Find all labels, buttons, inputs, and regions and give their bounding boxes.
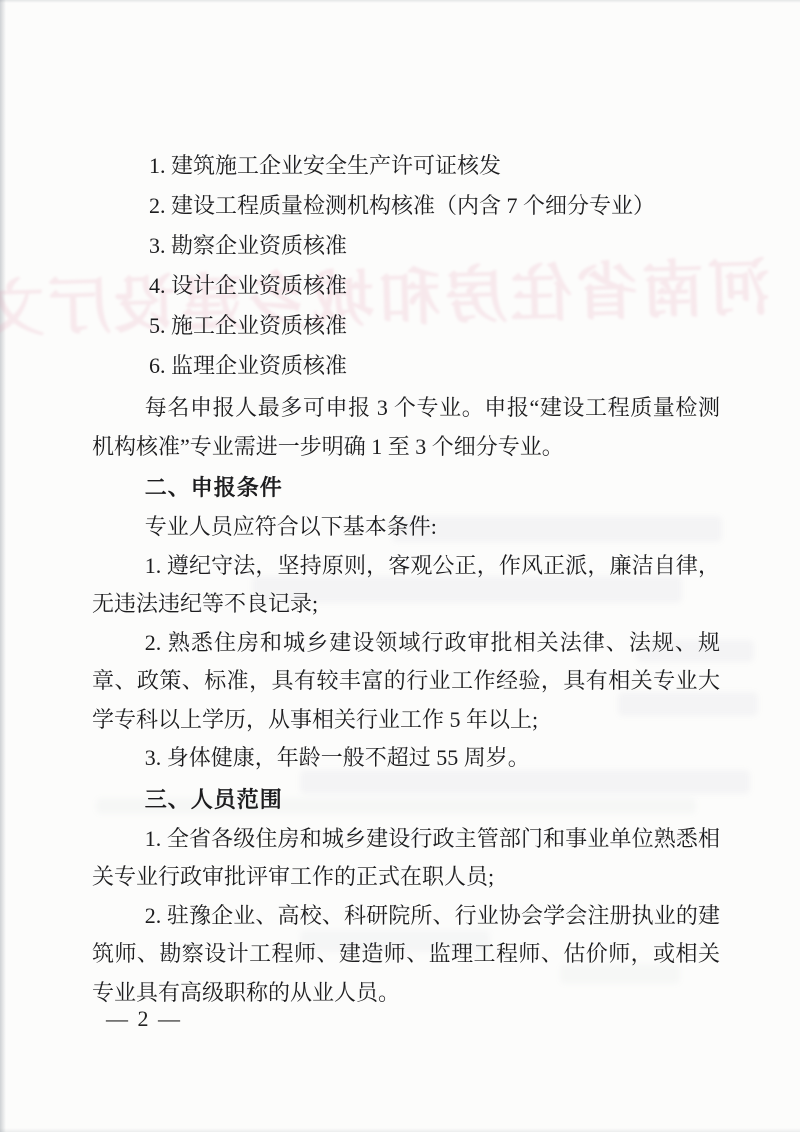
scanned-document-page: 河南省住房和城乡建设厅文件 1. 建筑施工企业安全生产许可证核发 2. 建设工程… bbox=[0, 0, 800, 1132]
document-body: 1. 建筑施工企业安全生产许可证核发 2. 建设工程质量检测机构核准（内含 7 … bbox=[92, 146, 720, 1012]
condition-item: 1. 遵纪守法，坚持原则，客观公正，作风正派，廉洁自律，无违法违纪等不良记录; bbox=[92, 547, 720, 624]
approval-list-item: 4. 设计企业资质核准 bbox=[92, 266, 720, 306]
section-heading-conditions: 二、申报条件 bbox=[92, 468, 720, 508]
scan-edge-shadow-bottom bbox=[0, 1128, 800, 1132]
scan-edge-shadow-left bbox=[0, 0, 6, 1132]
condition-item: 2. 熟悉住房和城乡建设领域行政审批相关法律、法规、规章、政策、标准，具有较丰富… bbox=[92, 624, 720, 740]
approval-list-item: 6. 监理企业资质核准 bbox=[92, 346, 720, 386]
paragraph-declare-limit: 每名申报人最多可申报 3 个专业。申报“建设工程质量检测机构核准”专业需进一步明… bbox=[92, 389, 720, 466]
approval-list-item: 2. 建设工程质量检测机构核准（内含 7 个细分专业） bbox=[92, 186, 720, 226]
scan-edge-shadow-top bbox=[0, 0, 800, 3]
approval-list-item: 3. 勘察企业资质核准 bbox=[92, 226, 720, 266]
page-number: — 2 — bbox=[106, 1006, 182, 1032]
condition-item: 3. 身体健康，年龄一般不超过 55 周岁。 bbox=[92, 739, 720, 778]
approval-list-item: 1. 建筑施工企业安全生产许可证核发 bbox=[92, 146, 720, 186]
scope-item: 1. 全省各级住房和城乡建设行政主管部门和事业单位熟悉相关专业行政审批评审工作的… bbox=[92, 820, 720, 897]
scope-item: 2. 驻豫企业、高校、科研院所、行业协会学会注册执业的建筑师、勘察设计工程师、建… bbox=[92, 897, 720, 1013]
section-heading-scope: 三、人员范围 bbox=[92, 780, 720, 820]
paragraph-conditions-lead: 专业人员应符合以下基本条件: bbox=[92, 508, 720, 547]
approval-list-item: 5. 施工企业资质核准 bbox=[92, 306, 720, 346]
